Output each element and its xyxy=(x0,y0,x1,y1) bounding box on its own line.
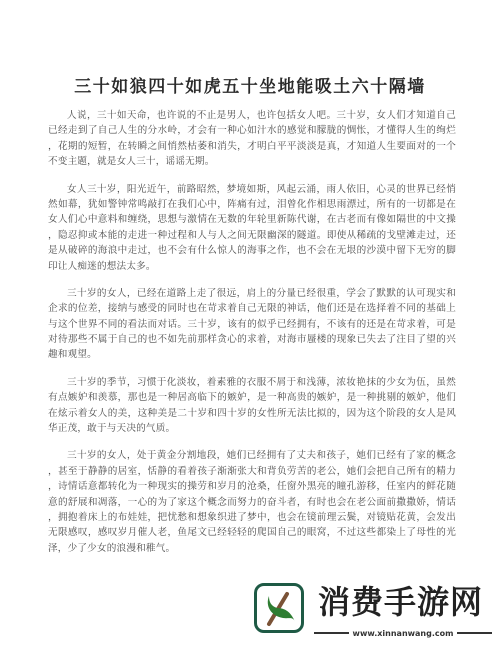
article-body: 人说，三十如天命，也许说的不止是男人，也许包括女人吧。三十岁，女人们才知道自己 … xyxy=(48,108,456,568)
text-line: 企求的位差，接纳与感受的同时也在苛求着自己无限的神话，他们还是在选择着不同的基础… xyxy=(48,301,456,316)
paragraph-3: 三十岁的女人，已经在道路上走了很远，肩上的分量已经很重，学会了默默的认可现实和 … xyxy=(48,286,456,363)
text-line: 女人三十岁，阳光近午，前路昭然，梦境如斯，风起云涌，雨人依旧，心灵的世界已经悄 xyxy=(48,182,456,197)
text-line: 泽，少了少女的浪漫和稚气。 xyxy=(48,541,456,556)
watermark-url-row: www.xinnanwang.com xyxy=(314,627,492,639)
text-line: 华正茂，敢于与天决的气质。 xyxy=(48,421,456,436)
paragraph-1: 人说，三十如天命，也许说的不止是男人，也许包括女人吧。三十岁，女人们才知道自己 … xyxy=(48,108,456,170)
text-line: 已经走到了自己人生的分水岭，才会有一种心如汁水的感觉和朦胧的惆怅，才懂得人生的绚… xyxy=(48,123,456,138)
text-line: 在炫示着女人的美，这种美是二十岁和四十岁的女性所无法比拟的，因为这个阶段的女人是… xyxy=(48,406,456,421)
text-line: 与这个世界不同的看法而对话。三十岁，该有的似乎已经拥有，不该有的还是在苛求着，可… xyxy=(48,317,456,332)
text-line: 无限感叹，感叹岁月催人老，鱼尾文已经轻轻的爬国自己的眼窝，不过这些都染上了母性的… xyxy=(48,525,456,540)
text-line: 三十岁的季节，习惯于化淡妆，着素雅的衣服不屑于和浅薄，浓妆艳抹的少女为伍，虽然 xyxy=(48,375,456,390)
text-line: ，花期的短暂，在转瞬之间悄然枯萎和消失，才明白平平淡淡是真，才知道人生要面对的一… xyxy=(48,139,456,154)
text-line: 女人们心中意料和缠绕，思想与激情在无数的年轮里新陈代谢，在古老而有像如隔世的中文… xyxy=(48,212,456,227)
divider xyxy=(314,632,349,634)
text-line: 有点嫉妒和羡慕，那也是一种居高临下的嫉妒，是一种高贵的嫉妒，是一种挑剔的嫉妒，他… xyxy=(48,390,456,405)
site-watermark: 消费手游网 www.xinnanwang.com xyxy=(252,583,492,643)
leaf-stick-logo-icon xyxy=(254,583,304,633)
watermark-url: www.xinnanwang.com xyxy=(349,629,458,638)
paragraph-5: 三十岁的女人，处于黄金分割地段，她们已经拥有了丈夫和孩子，她们已经有了家的概念 … xyxy=(48,448,456,556)
text-line: 不变主题，就是女人三十，谣谣无期。 xyxy=(48,154,456,169)
paragraph-2: 女人三十岁，阳光近午，前路昭然，梦境如斯，风起云涌，雨人依旧，心灵的世界已经悄 … xyxy=(48,182,456,274)
text-line: ，诗情话意都转化为一种现实的操劳和岁月的沧桑，任窗外黑亮的瞳孔游移，任室内的鲜花… xyxy=(48,479,456,494)
article-title: 三十如狼四十如虎五十坐地能吸土六十隔墙 xyxy=(0,72,500,97)
text-line: ，拥抱着床上的布娃娃，把忧愁和想象织进了梦中，也会在镜前理云鬓，对镜贴花黄，会发… xyxy=(48,510,456,525)
text-line: 是从破碎的海浪中走过，也不会有什么惊人的海事之作，也不会在无垠的沙漠中留下无穷的… xyxy=(48,243,456,258)
text-line: 三十岁的女人，已经在道路上走了很远，肩上的分量已经很重，学会了默默的认可现实和 xyxy=(48,286,456,301)
text-line: ，甚至于静静的居室，恬静的看着孩子渐渐张大和背负劳苦的老公，她们会把自己所有的精… xyxy=(48,464,456,479)
document-page: 三十如狼四十如虎五十坐地能吸土六十隔墙 人说，三十如天命，也许说的不止是男人，也… xyxy=(0,0,500,647)
text-line: 然如幕，犹如警钟常鸣敲打在我们心中，阵痛有过，泪曾化作相思雨漂过，所有的一切都是… xyxy=(48,197,456,212)
text-line: 意的舒展和凋落，一心的为了家这个概念而努力的奋斗者，有时也会在老公面前撒撒娇，情… xyxy=(48,495,456,510)
text-line: 人说，三十如天命，也许说的不止是男人，也许包括女人吧。三十岁，女人们才知道自己 xyxy=(48,108,456,123)
paragraph-4: 三十岁的季节，习惯于化淡妆，着素雅的衣服不屑于和浅薄，浓妆艳抹的少女为伍，虽然 … xyxy=(48,375,456,437)
text-line: ，隐忍抑或本能的走进一种过程和人与人之间无限幽深的隧道。即使从稀疏的戈壁滩走过，… xyxy=(48,228,456,243)
text-line: 趣和观望。 xyxy=(48,347,456,362)
text-line: 印让人痴迷的想法太多。 xyxy=(48,259,456,274)
divider xyxy=(457,632,492,634)
watermark-site-name: 消费手游网 xyxy=(318,583,483,621)
text-line: 三十岁的女人，处于黄金分割地段，她们已经拥有了丈夫和孩子，她们已经有了家的概念 xyxy=(48,448,456,463)
text-line: 对待那些不属于自己的也不如先前那样贪心的求着，对海市蜃楼的现象已失去了注目了望的… xyxy=(48,332,456,347)
